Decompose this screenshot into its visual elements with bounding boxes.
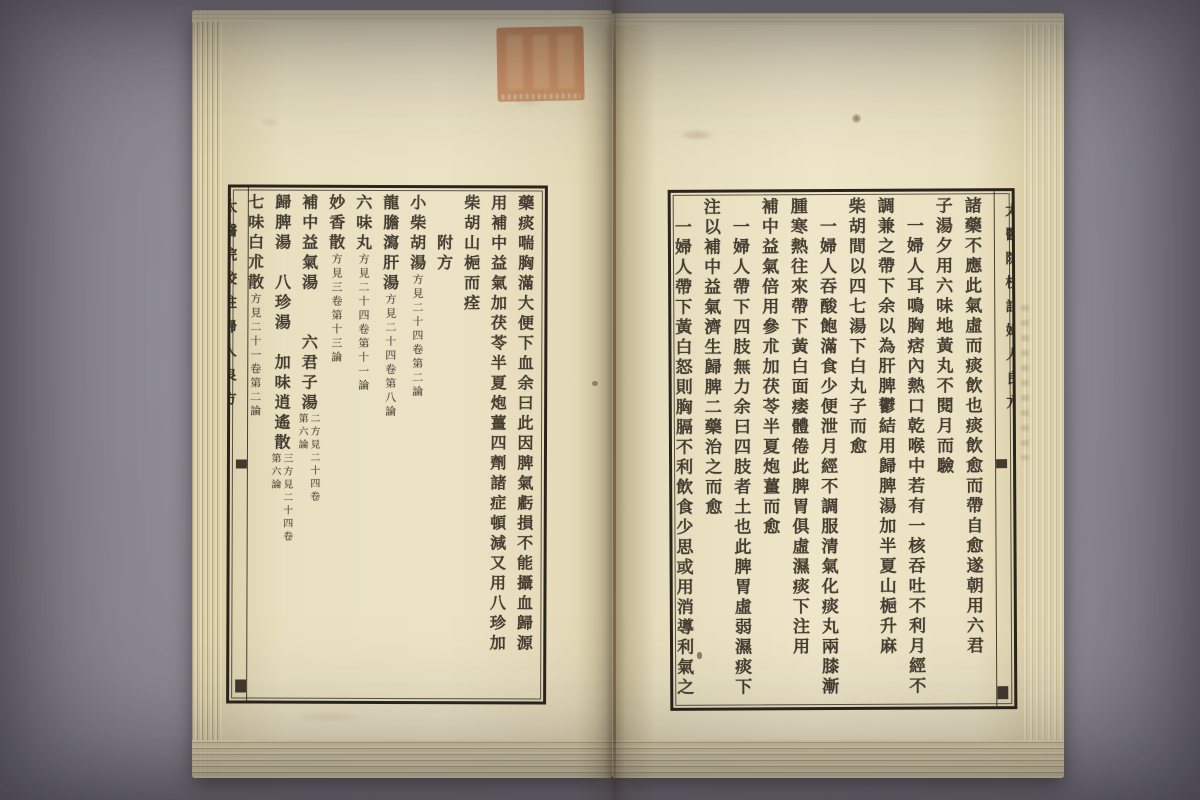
glyph: 喘 [518,233,534,253]
glyph: 散 [274,433,290,453]
glyph: 滿 [518,273,534,293]
glyph: 而 [937,436,954,456]
glyph: 湯 [410,253,426,273]
glyph: 食 [676,498,693,518]
glyph: 論 [385,405,396,419]
glyph: 十 [331,323,342,337]
glyph: 味 [936,296,953,316]
left-page: 太醫院校註婦人良方 藥痰喘胸滿大便下血余曰此因脾氣虧損不能攝血歸源用補中益氣加茯… [192,10,612,778]
glyph: 二 [412,371,423,385]
column-gap [296,293,323,333]
glyph: 湯 [936,216,953,236]
glyph: 一 [250,349,261,363]
glyph: 余 [518,373,534,393]
glyph: 六 [967,616,984,636]
glyph: 不 [965,236,982,256]
glyph: 柴 [849,197,866,217]
glyph: 十 [310,465,320,478]
glyph: 四 [310,478,320,491]
glyph: 四 [385,349,396,363]
glyph: 氣 [517,473,533,493]
glyph: 用 [762,297,779,317]
glyph: 有 [908,497,925,517]
annotation-left-subcolumn: 第六論 [270,453,282,492]
glyph: 注 [793,617,810,637]
glyph: 十 [250,335,261,349]
glyph: 胸 [907,317,924,337]
glyph: 朮 [762,337,779,357]
glyph: 湯 [302,393,318,413]
glyph: 湯 [275,233,291,253]
glyph: 諸 [490,473,506,493]
glyph: 麻 [880,637,897,657]
glyph: 結 [879,417,896,437]
glyph: 人 [1006,343,1014,367]
glyph: 二 [385,321,396,335]
glyph: 校 [229,267,237,291]
glyph: 見 [413,287,424,301]
glyph: 加 [490,633,506,653]
glyph: 脾 [705,378,722,398]
glyph: 山 [880,577,897,597]
glyph: 胸 [676,398,693,418]
glyph: 良 [229,363,237,387]
glyph: 不 [517,533,533,553]
glyph: 加 [879,517,896,537]
glyph: 卷 [358,323,369,337]
glyph: 帶 [791,297,808,317]
annotation-left-subcolumn: 第六論 [297,413,309,452]
glyph: 婦 [229,315,237,339]
glyph: 方 [332,253,343,267]
double-annotation: 二方見二十四卷第六論 [297,413,321,504]
glyph: 七 [849,297,866,317]
glyph: 婦 [675,238,692,258]
column-gap [901,197,930,217]
glyph: 少 [821,377,838,397]
glyph: 吞 [820,277,837,297]
glyph: 喉 [908,437,925,457]
right-page: 太醫院校註婦人良方 諸藥不應此氣虛而痰飲也痰飲愈而帶自愈遂朝用六君子湯夕用六味地… [612,13,1064,778]
glyph: 耳 [907,277,924,297]
glyph: 痿 [792,397,809,417]
glyph: 婦 [820,237,837,257]
glyph: 方 [437,253,453,273]
glyph: 膽 [383,213,399,233]
glyph: 十 [358,295,369,309]
glyph: 見 [385,307,396,321]
glyph: 導 [677,618,694,638]
glyph: 怒 [676,358,693,378]
glyph: 便 [821,397,838,417]
glyph: 湯 [302,273,318,293]
glyph: 卷 [412,343,423,357]
glyph: 下 [878,277,895,297]
column-gap [727,197,756,217]
glyph: 化 [822,577,839,597]
glyph: 肢 [734,457,751,477]
glyph: 補 [491,213,507,233]
fishtail-mark [996,459,1007,468]
glyph: 下 [733,297,750,317]
glyph: 珍 [275,293,291,313]
glyph: 七 [248,193,264,213]
glyph: 炮 [763,457,780,477]
glyph: 院 [229,243,237,267]
glyph: 歸 [275,193,291,213]
page-stack-edges-bottom-right [612,740,1064,778]
glyph: 子 [850,397,867,417]
glyph: 俱 [792,517,809,537]
glyph: 用 [677,578,694,598]
glyph: 二 [311,413,321,426]
glyph: 脾 [275,213,291,233]
glyph: 下 [675,298,692,318]
page-stack-edges-right [1024,13,1064,778]
glyph: 香 [329,213,345,233]
glyph: 內 [908,357,925,377]
glyph: 虛 [965,316,982,336]
glyph: 核 [908,537,925,557]
glyph: 肢 [733,337,750,357]
glyph: 胡 [464,213,480,233]
glyph: 胡 [849,217,866,237]
glyph: 良 [1006,367,1014,391]
text-column: 補中益氣倍用參朮加茯苓半夏炮薑而愈 [756,197,788,702]
text-column: 調兼之帶下余以為肝脾鬱結用歸脾湯加半夏山梔升麻 [872,197,904,702]
glyph: 不 [676,438,693,458]
glyph: 一 [820,217,837,237]
glyph: 三 [332,281,343,295]
text-column: 六味丸方見二十四卷第十一論 [349,193,378,696]
glyph: 薑 [491,413,507,433]
glyph: 調 [878,197,895,217]
glyph: 柴 [410,213,426,233]
right-foldline-strip: 太醫院校註婦人良方 [994,191,1015,706]
glyph: 梔 [880,597,897,617]
glyph: 益 [302,233,318,253]
glyph: 山 [464,233,480,253]
text-column: 補中益氣湯六君子湯二方見二十四卷第六論 [295,193,324,696]
glyph: 益 [491,253,507,273]
glyph: 損 [517,513,533,533]
glyph: 土 [734,497,751,517]
glyph: 黃 [936,336,953,356]
text-column: 龍膽瀉肝湯方見二十四卷第八論 [376,193,405,696]
glyph: 中 [491,233,507,253]
glyph: 不 [937,376,954,396]
glyph: 珍 [490,613,506,633]
glyph: 藥 [705,418,722,438]
glyph: 痞 [907,337,924,357]
glyph: 論 [358,379,369,393]
glyph: 藥 [518,193,534,213]
glyph: 胸 [518,253,534,273]
glyph: 氣 [965,296,982,316]
glyph: 二 [310,452,320,465]
glyph: 曰 [734,417,751,437]
glyph: 朝 [967,576,984,596]
glyph: 註 [1006,295,1015,319]
glyph: 飲 [966,376,983,396]
text-column: 一婦人帶下四肢無力余曰四肢者土也此脾胃虛弱濕痰下 [727,197,759,702]
glyph: 不 [909,677,926,697]
glyph: 鬱 [879,397,896,417]
text-column: 腫寒熱往來帶下黃白面痿體倦此脾胃俱虛濕痰下注用 [785,197,817,702]
glyph: 六 [936,276,953,296]
glyph: 帶 [733,277,750,297]
glyph: 六 [302,333,318,353]
glyph: 校 [1006,271,1015,295]
glyph: 柴 [464,193,480,213]
glyph: 卷 [310,491,320,504]
column-gap [814,197,843,217]
text-column: 一婦人吞酸飽滿食少便泄月經不調服清氣化痰丸兩膝漸 [814,197,846,702]
glyph: 歸 [517,613,533,633]
glyph: 味 [248,213,264,233]
glyph: 症 [490,493,506,513]
glyph: 黃 [675,318,692,338]
glyph: 治 [705,438,722,458]
glyph: 思 [676,538,693,558]
glyph: 方 [311,426,321,439]
glyph: 逍 [275,393,291,413]
glyph: 痰 [518,213,534,233]
glyph: 以 [704,218,721,238]
glyph: 人 [229,339,237,363]
glyph: 一 [907,217,924,237]
glyph: 卷 [385,363,396,377]
glyph: 白 [792,357,809,377]
glyph: 肝 [879,357,896,377]
right-edge-title: 太醫院校註婦人良方 [1004,199,1015,415]
page-stack-edges-top-left [192,10,612,22]
glyph: 氣 [677,658,694,678]
glyph: 乾 [908,417,925,437]
annotation-right-subcolumn: 二方見二十四卷 [309,413,321,504]
glyph: 則 [676,378,693,398]
glyph: 口 [908,397,925,417]
glyph: 小 [410,193,426,213]
glyph: 四 [412,329,423,343]
glyph: 下 [849,337,866,357]
glyph: 愈 [850,437,867,457]
glyph: 消 [677,598,694,618]
glyph: 中 [704,258,721,278]
text-column: 歸脾湯八珍湯加味逍遙散三方見二十四卷第六論 [268,193,297,696]
glyph: 湯 [275,313,291,333]
glyph: 曰 [518,393,534,413]
glyph: 歸 [879,457,896,477]
glyph: 減 [490,533,506,553]
glyph: 藥 [965,216,982,236]
text-column: 用補中益氣加茯苓半夏炮薑四劑諸症頓減又用八珍加 [484,193,513,696]
glyph: 卷 [331,295,342,309]
glyph: 益 [762,237,779,257]
glyph: 十 [283,505,293,518]
glyph: 少 [676,518,693,538]
glyph: 氣 [822,557,839,577]
text-column: 妙香散方見三卷第十三論 [322,193,351,696]
glyph: 注 [704,198,721,218]
glyph: 不 [821,477,838,497]
text-column: 注以補中益氣濟生歸脾二藥治之而愈 [698,198,730,703]
right-text-frame: 太醫院校註婦人良方 諸藥不應此氣虛而痰飲也痰飲愈而帶自愈遂朝用六君子湯夕用六味地… [668,188,1018,711]
glyph: 論 [250,405,261,419]
text-column: 柴胡山梔而痊 [457,193,486,696]
glyph: 卷 [283,531,293,544]
glyph: 倦 [792,437,809,457]
glyph: 卷 [250,363,261,377]
glyph: 苓 [491,333,507,353]
glyph: 第 [250,377,261,391]
glyph: 加 [275,353,291,373]
glyph: 帶 [966,496,983,516]
glyph: 味 [275,373,291,393]
glyph: 泄 [821,417,838,437]
glyph: 者 [734,477,751,497]
fishtail-mark [997,686,1008,699]
glyph: 也 [966,396,983,416]
glyph: 六 [271,466,281,479]
glyph: 體 [792,417,809,437]
glyph: 倍 [762,277,779,297]
text-column: 七味白朮散方見二十一卷第二論 [241,192,270,695]
glyph: 子 [302,373,318,393]
glyph: 酸 [820,297,837,317]
glyph: 二 [705,398,722,418]
glyph: 氣 [302,253,318,273]
glyph: 薑 [763,477,780,497]
glyph: 第 [412,357,423,371]
glyph: 苓 [763,397,780,417]
glyph: 丸 [822,617,839,637]
glyph: 頓 [490,513,506,533]
column-gap [669,198,698,218]
glyph: 經 [909,657,926,677]
glyph: 虛 [735,597,752,617]
glyph: 六 [299,426,309,439]
glyph: 用 [491,193,507,213]
glyph: 此 [965,276,982,296]
glyph: 八 [275,273,291,293]
glyph: 若 [908,477,925,497]
glyph: 帶 [878,257,895,277]
annotation-right-subcolumn: 三方見二十四卷 [282,453,294,544]
red-collection-seal [496,26,584,102]
glyph: 余 [878,297,895,317]
glyph: 附 [437,233,453,253]
glyph: 方 [229,387,237,411]
glyph: 諸 [965,196,982,216]
glyph: 食 [821,357,838,377]
glyph: 院 [1005,247,1014,271]
glyph: 一 [908,517,925,537]
glyph: 下 [518,333,534,353]
glyph: 痰 [735,657,752,677]
glyph: 益 [704,278,721,298]
glyph: 腫 [791,197,808,217]
glyph: 力 [734,377,751,397]
glyph: 調 [821,497,838,517]
glyph: 之 [705,458,722,478]
glyph: 胃 [792,497,809,517]
glyph: 四 [733,317,750,337]
glyph: 論 [412,385,423,399]
left-edge-title: 太醫院校註婦人良方 [229,195,239,411]
glyph: 氣 [762,257,779,277]
glyph: 為 [878,337,895,357]
seal-microtext [502,93,581,99]
glyph: 而 [705,478,722,498]
glyph: 補 [704,238,721,258]
glyph: 脾 [517,453,533,473]
text-column: 一婦人耳鳴胸痞內熱口乾喉中若有一核吞吐不利月經不 [901,197,933,702]
right-text-columns: 諸藥不應此氣虛而痰飲也痰飲愈而帶自愈遂朝用六君子湯夕用六味地黃丸不閱月而驗一婦人… [677,196,991,703]
glyph: 下 [793,597,810,617]
glyph: 鳴 [907,297,924,317]
glyph: 一 [733,217,750,237]
glyph: 服 [821,517,838,537]
glyph: 吐 [909,577,926,597]
glyph: 補 [302,193,318,213]
glyph: 用 [490,573,506,593]
glyph: 人 [907,257,924,277]
glyph: 四 [358,309,369,323]
glyph: 也 [734,517,751,537]
glyph: 論 [331,351,342,365]
glyph: 閱 [937,396,954,416]
glyph: 用 [793,637,810,657]
glyph: 此 [792,457,809,477]
glyph: 而 [965,336,982,356]
glyph: 茯 [763,377,780,397]
glyph: 濕 [793,557,810,577]
glyph: 一 [675,218,692,238]
glyph: 醫 [1005,223,1014,247]
glyph: 四 [283,518,293,531]
glyph: 而 [850,417,867,437]
glyph: 又 [490,553,506,573]
photo-canvas: { "palette": { "background_gray": "#8b88… [0,0,1200,800]
glyph: 夏 [763,437,780,457]
glyph: 下 [735,677,752,697]
glyph: 因 [517,433,533,453]
glyph: 無 [734,357,751,377]
glyph: 余 [734,397,751,417]
glyph: 四 [490,433,506,453]
glyph: 半 [879,537,896,557]
glyph: 帶 [675,278,692,298]
text-column: 諸藥不應此氣虛而痰飲也痰飲愈而帶自愈遂朝用六君 [959,196,991,701]
glyph: 見 [310,439,320,452]
glyph: 劑 [490,453,506,473]
glyph: 補 [762,197,779,217]
glyph: 愈 [966,536,983,556]
glyph: 痊 [464,293,480,313]
glyph: 茯 [491,313,507,333]
glyph: 滿 [820,337,837,357]
glyph: 太 [1005,199,1014,223]
glyph: 而 [966,476,983,496]
glyph: 清 [821,537,838,557]
glyph: 脾 [879,377,896,397]
glyph: 熱 [908,377,925,397]
glyph: 論 [298,439,308,452]
glyph: 味 [356,213,372,233]
glyph: 湯 [383,273,399,293]
bleedthrough-marks [1021,305,1029,460]
